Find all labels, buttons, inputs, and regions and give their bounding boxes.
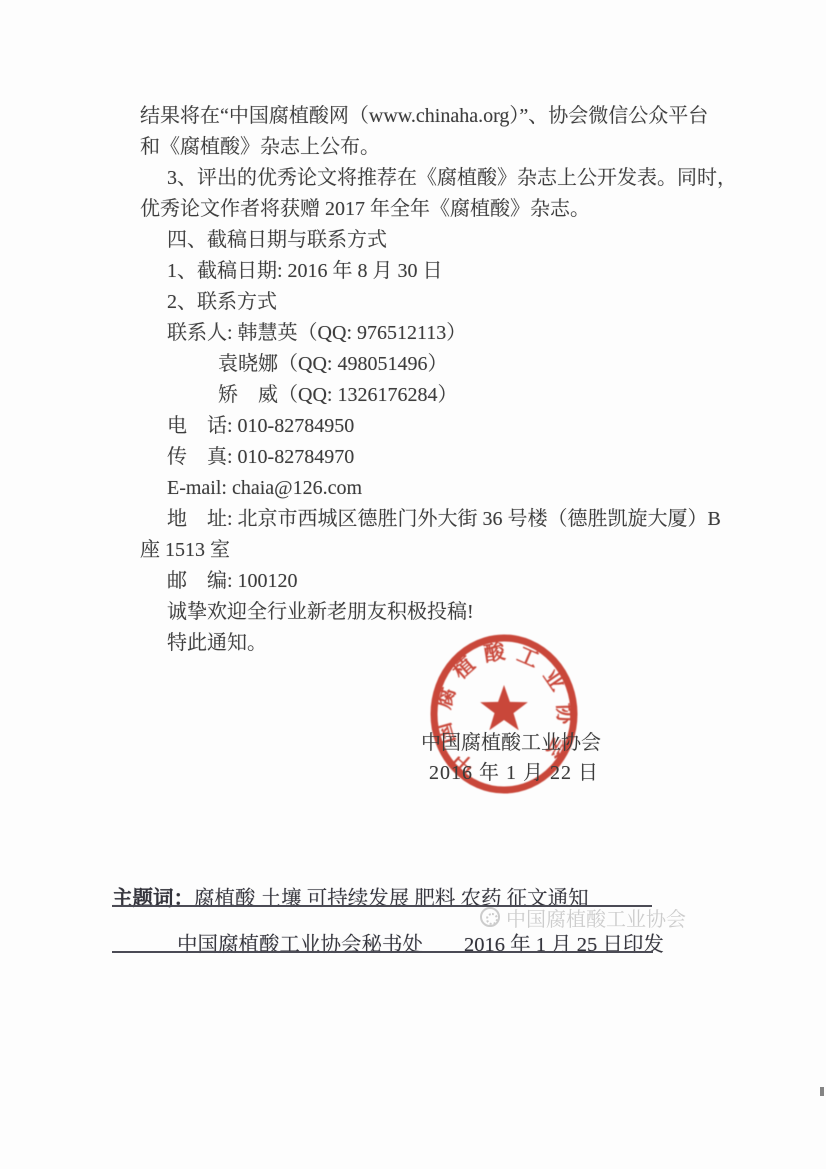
seal-ring-char: 植: [448, 652, 480, 684]
phone-line: 电 话: 010-82784950: [140, 411, 720, 442]
footer-divider-top: [112, 905, 652, 907]
postcode-line: 邮 编: 100120: [140, 566, 720, 597]
star-icon: [480, 685, 528, 730]
body-line: 诚挚欢迎全行业新老朋友积极投稿!: [140, 597, 720, 628]
email-line: E-mail: chaia@126.com: [140, 473, 720, 504]
seal-ring-char: 协: [553, 703, 578, 726]
deadline-line: 1、截稿日期: 2016 年 8 月 30 日: [140, 256, 720, 287]
section-heading: 四、截稿日期与联系方式: [140, 225, 720, 256]
signature-date: 2016 年 1 月 22 日: [405, 756, 623, 785]
contact-line: 袁晓娜（QQ: 498051496）: [140, 349, 720, 380]
document-body: 结果将在“中国腐植酸网（www.chinaha.org）”、协会微信公众平台 和…: [140, 101, 720, 659]
seal-ring-char: 业: [538, 664, 570, 695]
contact-line: 矫 威（QQ: 1326176284）: [140, 380, 720, 411]
document-page: 结果将在“中国腐植酸网（www.chinaha.org）”、协会微信公众平台 和…: [0, 0, 826, 1169]
body-line: 和《腐植酸》杂志上公布。: [140, 132, 720, 163]
contact-line: 联系人: 韩慧英（QQ: 976512113）: [140, 318, 720, 349]
signature-org-name: 中国腐植酸工业协会: [405, 726, 617, 755]
seal-ring-char: 酸: [482, 639, 507, 666]
body-line: 优秀论文作者将获赠 2017 年全年《腐植酸》杂志。: [140, 194, 720, 225]
body-line: 结果将在“中国腐植酸网（www.chinaha.org）”、协会微信公众平台: [140, 101, 720, 132]
body-line: 3、评出的优秀论文将推荐在《腐植酸》杂志上公开发表。同时，: [140, 163, 720, 194]
body-line: 2、联系方式: [140, 287, 720, 318]
fax-line: 传 真: 010-82784970: [140, 442, 720, 473]
address-line: 座 1513 室: [140, 535, 720, 566]
address-line: 地 址: 北京市西城区德胜门外大街 36 号楼（德胜凯旋大厦）B: [140, 504, 720, 535]
footer-divider-bottom: [112, 951, 653, 953]
scan-artifact: [820, 1087, 824, 1096]
